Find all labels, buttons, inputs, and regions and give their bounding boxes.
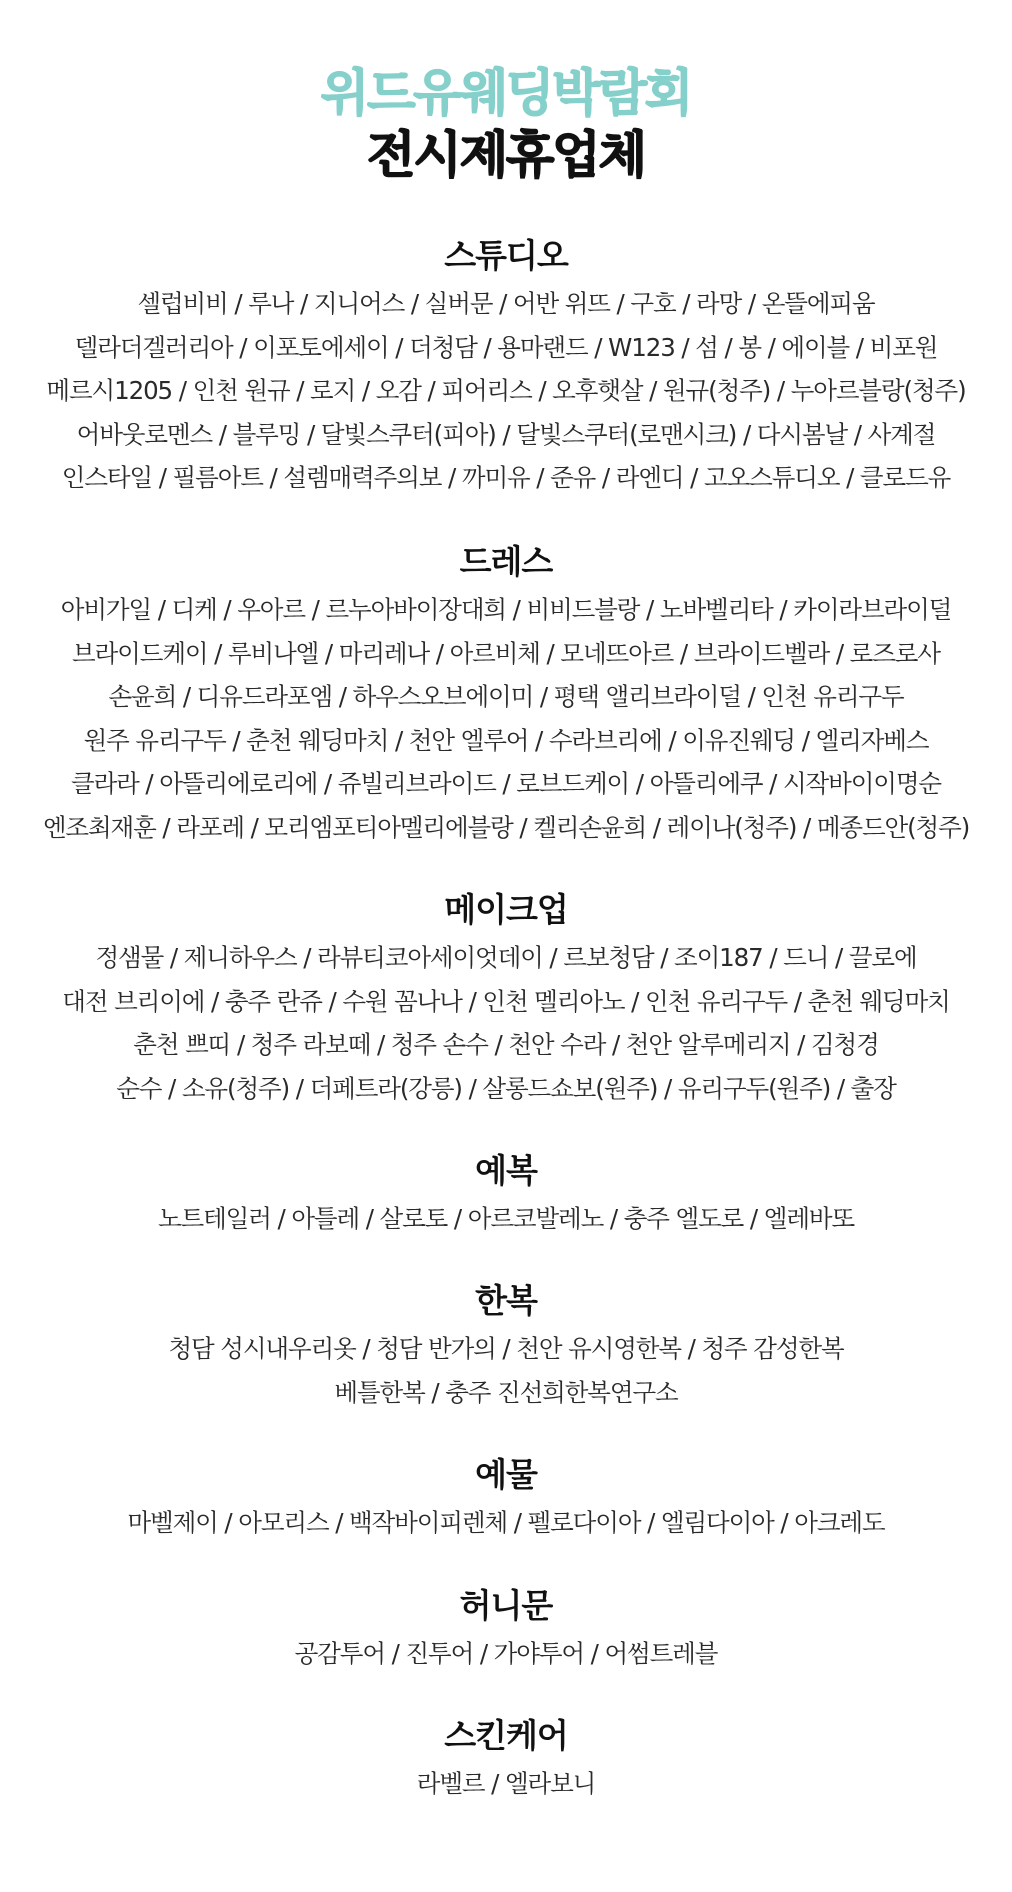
vendor-line: 춘천 쁘띠 / 청주 라보떼 / 청주 손수 / 천안 수라 / 천안 알루메리… [0,1023,1012,1067]
vendor-line: 브라이드케이 / 루비나엘 / 마리레나 / 아르비체 / 모네뜨아르 / 브라… [0,632,1012,676]
vendor-line: 델라더겔러리아 / 이포토에세이 / 더청담 / 용마랜드 / W123 / 섬… [0,326,1012,370]
vendor-list: 공감투어 / 진투어 / 가야투어 / 어썸트레블 [0,1632,1012,1676]
vendor-list: 아비가일 / 디케 / 우아르 / 르누아바이장대희 / 비비드블랑 / 노바벨… [0,588,1012,849]
expo-name-title: 위드유웨딩박람회 [0,62,1012,124]
vendor-list: 셀럽비비 / 루나 / 지니어스 / 실버문 / 어반 위뜨 / 구호 / 라망… [0,282,1012,500]
vendor-line: 공감투어 / 진투어 / 가야투어 / 어썸트레블 [0,1632,1012,1676]
vendor-line: 원주 유리구두 / 춘천 웨딩마치 / 천안 엘루어 / 수라브리에 / 이유진… [0,719,1012,763]
page-header: 위드유웨딩박람회 전시제휴업체 [0,0,1012,186]
vendor-line: 아비가일 / 디케 / 우아르 / 르누아바이장대희 / 비비드블랑 / 노바벨… [0,588,1012,632]
vendor-line: 정샘물 / 제니하우스 / 라뷰티코아세이엇데이 / 르보청담 / 조이187 … [0,936,1012,980]
vendor-line: 대전 브리이에 / 충주 란쥬 / 수원 꼼나나 / 인천 멜리아노 / 인천 … [0,980,1012,1024]
vendor-line: 청담 성시내우리옷 / 청담 반가의 / 천안 유시영한복 / 청주 감성한복 [0,1327,1012,1371]
section-dress: 드레스 아비가일 / 디케 / 우아르 / 르누아바이장대희 / 비비드블랑 /… [0,540,1012,849]
vendor-line: 마벨제이 / 아모리스 / 백작바이피렌체 / 펠로다이아 / 엘림다이아 / … [0,1501,1012,1545]
vendor-line: 노트테일러 / 아틀레 / 살로토 / 아르코발레노 / 충주 엘도로 / 엘레… [0,1197,1012,1241]
section-heading: 허니문 [0,1584,1012,1628]
section-formalwear: 예복 노트테일러 / 아틀레 / 살로토 / 아르코발레노 / 충주 엘도로 /… [0,1149,1012,1241]
vendor-line: 메르시1205 / 인천 원규 / 로지 / 오감 / 피어리스 / 오후햇살 … [0,369,1012,413]
vendor-line: 클라라 / 아뜰리에로리에 / 쥬빌리브라이드 / 로브드케이 / 아뜰리에쿠 … [0,762,1012,806]
vendor-list: 정샘물 / 제니하우스 / 라뷰티코아세이엇데이 / 르보청담 / 조이187 … [0,936,1012,1110]
vendor-line: 어바웃로멘스 / 블루밍 / 달빛스쿠터(피아) / 달빛스쿠터(로맨시크) /… [0,413,1012,457]
page-title: 전시제휴업체 [0,124,1012,186]
vendor-line: 라벨르 / 엘라보니 [0,1762,1012,1806]
vendor-list: 라벨르 / 엘라보니 [0,1762,1012,1806]
section-hanbok: 한복 청담 성시내우리옷 / 청담 반가의 / 천안 유시영한복 / 청주 감성… [0,1279,1012,1414]
section-skincare: 스킨케어 라벨르 / 엘라보니 [0,1714,1012,1806]
section-heading: 예복 [0,1149,1012,1193]
section-jewelry: 예물 마벨제이 / 아모리스 / 백작바이피렌체 / 펠로다이아 / 엘림다이아… [0,1453,1012,1545]
section-heading: 한복 [0,1279,1012,1323]
vendor-line: 엔조최재훈 / 라포레 / 모리엠포티아멜리에블랑 / 켈리손윤희 / 레이나(… [0,806,1012,850]
vendor-line: 인스타일 / 필름아트 / 설렘매력주의보 / 까미유 / 준유 / 라엔디 /… [0,456,1012,500]
section-heading: 예물 [0,1453,1012,1497]
vendor-list: 마벨제이 / 아모리스 / 백작바이피렌체 / 펠로다이아 / 엘림다이아 / … [0,1501,1012,1545]
section-heading: 스킨케어 [0,1714,1012,1758]
section-heading: 드레스 [0,540,1012,584]
vendor-line: 베틀한복 / 충주 진선희한복연구소 [0,1371,1012,1415]
section-heading: 메이크업 [0,888,1012,932]
vendor-line: 손윤희 / 디유드라포엠 / 하우스오브에이미 / 평택 앨리브라이덜 / 인천… [0,675,1012,719]
section-studio: 스튜디오 셀럽비비 / 루나 / 지니어스 / 실버문 / 어반 위뜨 / 구호… [0,234,1012,500]
vendor-line: 순수 / 소유(청주) / 더페트라(강릉) / 살롱드쇼보(원주) / 유리구… [0,1067,1012,1111]
section-honeymoon: 허니문 공감투어 / 진투어 / 가야투어 / 어썸트레블 [0,1584,1012,1676]
section-makeup: 메이크업 정샘물 / 제니하우스 / 라뷰티코아세이엇데이 / 르보청담 / 조… [0,888,1012,1110]
section-heading: 스튜디오 [0,234,1012,278]
vendor-list: 노트테일러 / 아틀레 / 살로토 / 아르코발레노 / 충주 엘도로 / 엘레… [0,1197,1012,1241]
vendor-line: 셀럽비비 / 루나 / 지니어스 / 실버문 / 어반 위뜨 / 구호 / 라망… [0,282,1012,326]
vendor-list: 청담 성시내우리옷 / 청담 반가의 / 천안 유시영한복 / 청주 감성한복 … [0,1327,1012,1414]
